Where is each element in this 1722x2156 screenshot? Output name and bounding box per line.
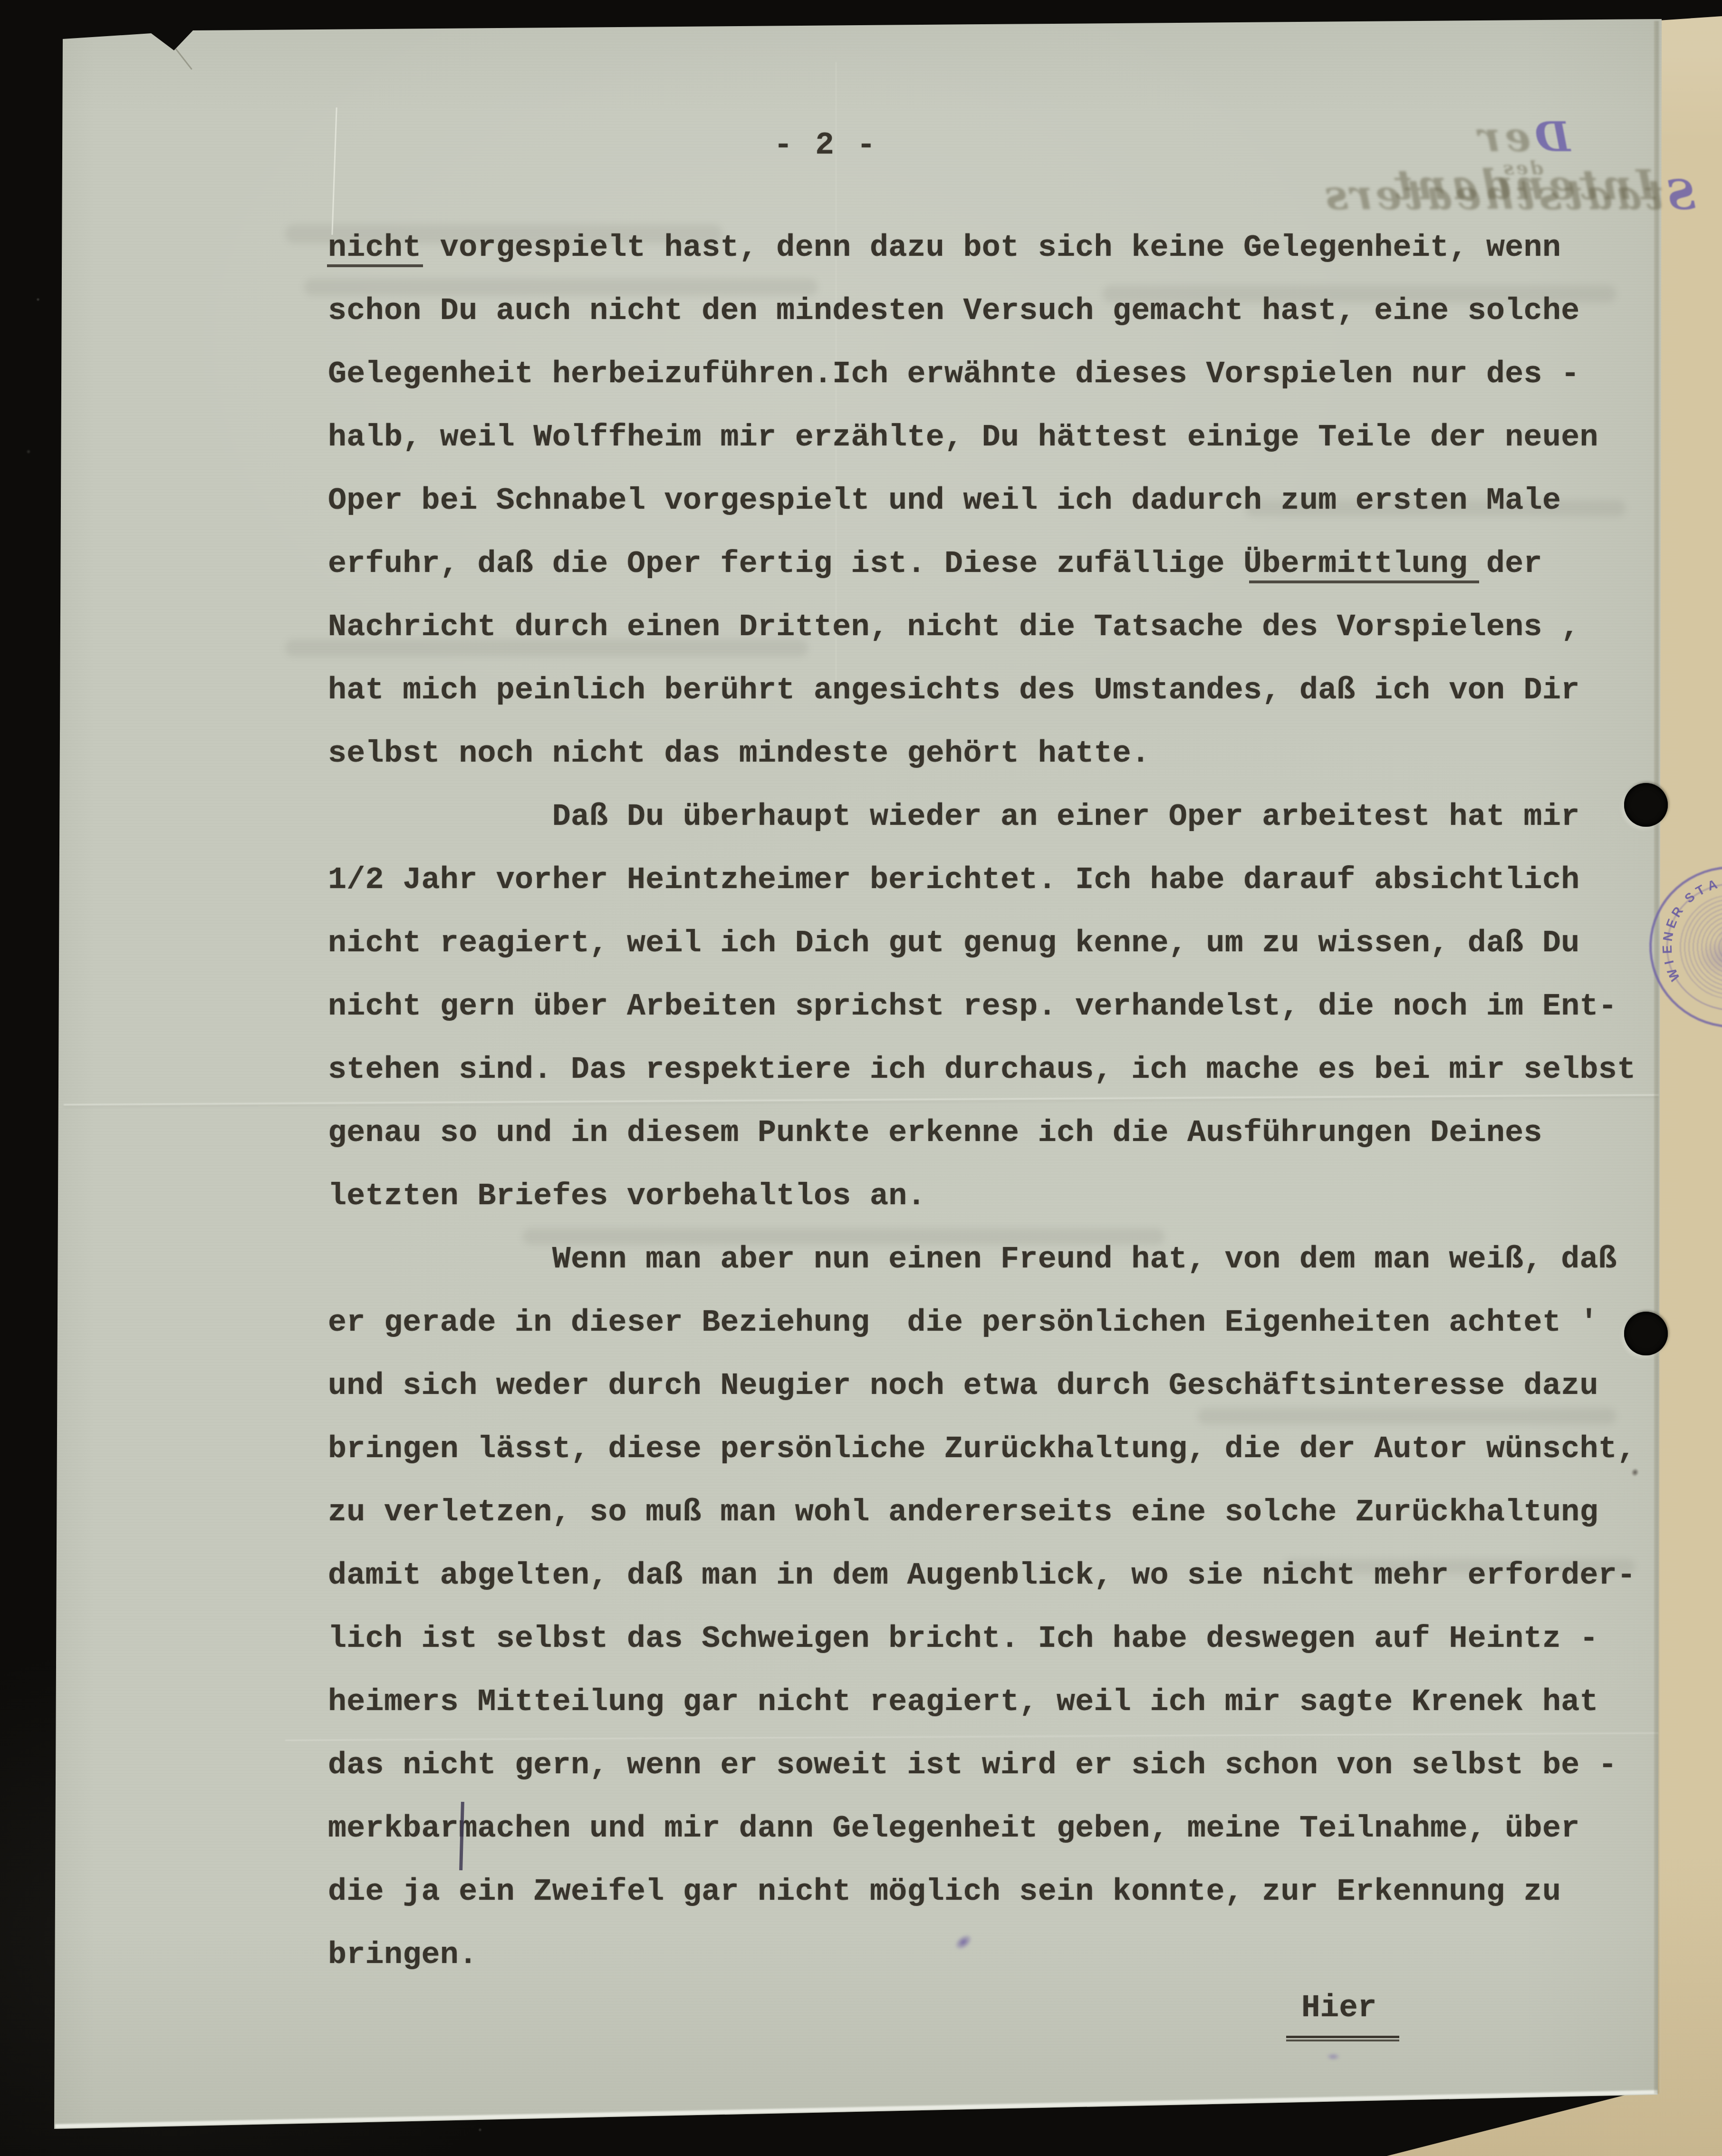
underline-uebermittlung bbox=[1249, 580, 1479, 583]
letter-line: selbst noch nicht das mindeste gehört ha… bbox=[328, 722, 1635, 785]
letter-line: und sich weder durch Neugier noch etwa d… bbox=[328, 1354, 1635, 1418]
ink-smudge bbox=[1326, 2053, 1340, 2060]
letter-line: damit abgelten, daß man in dem Augenblic… bbox=[328, 1544, 1635, 1607]
scan-canvas: - 2 - nicht vorgespielt hast, denn dazu … bbox=[0, 0, 1722, 2156]
letter-line: genau so und in diesem Punkte erkenne ic… bbox=[328, 1102, 1635, 1165]
letter-line: merkbarmachen und mir dann Gelegenheit g… bbox=[328, 1797, 1635, 1860]
letter-line: nicht gern über Arbeiten sprichst resp. … bbox=[328, 975, 1635, 1038]
paper-bottom-edge-highlight bbox=[55, 2090, 1657, 2128]
corner-fold-line bbox=[161, 30, 192, 70]
letter-line: Daß Du überhaupt wieder an einer Oper ar… bbox=[328, 785, 1635, 849]
letter-line: hat mich peinlich berührt angesichts des… bbox=[328, 659, 1635, 722]
letter-line: nicht vorgespielt hast, denn dazu bot si… bbox=[328, 216, 1635, 280]
letter-line: schon Du auch nicht den mindesten Versuc… bbox=[328, 280, 1635, 343]
letter-line: 1/2 Jahr vorher Heintzheimer berichtet. … bbox=[328, 849, 1635, 912]
letter-line: Nachricht durch einen Dritten, nicht die… bbox=[328, 596, 1635, 659]
letter-line: die ja ein Zweifel gar nicht möglich sei… bbox=[328, 1860, 1635, 1924]
page-number: - 2 - bbox=[774, 127, 877, 163]
punch-hole-top bbox=[1624, 783, 1668, 827]
closing-word: Hier bbox=[1301, 1990, 1376, 2026]
letter-line: bringen lässt, diese persönliche Zurückh… bbox=[328, 1418, 1635, 1481]
letter-line: erfuhr, daß die Oper fertig ist. Diese z… bbox=[328, 532, 1635, 596]
letter-body: nicht vorgespielt hast, denn dazu bot si… bbox=[328, 216, 1635, 1987]
letter-line: halb, weil Wolffheim mir erzählte, Du hä… bbox=[328, 406, 1635, 469]
letter-line: stehen sind. Das respektiere ich durchau… bbox=[328, 1038, 1635, 1102]
letter-line: bringen. bbox=[328, 1924, 1635, 1987]
letter-line: nicht reagiert, weil ich Dich gut genug … bbox=[328, 912, 1635, 975]
letter-line: er gerade in dieser Beziehung die persön… bbox=[328, 1291, 1635, 1354]
letter-line: das nicht gern, wenn er soweit ist wird … bbox=[328, 1734, 1635, 1797]
scratch-mark bbox=[331, 107, 337, 235]
punch-hole-bottom bbox=[1624, 1312, 1668, 1355]
sheet-seam-shadow bbox=[1654, 21, 1661, 2094]
letter-sheet: - 2 - nicht vorgespielt hast, denn dazu … bbox=[0, 0, 1722, 2156]
underline-nicht bbox=[327, 264, 423, 267]
letter-line: zu verletzen, so muß man wohl anderersei… bbox=[328, 1481, 1635, 1544]
letter-line: Wenn man aber nun einen Freund hat, von … bbox=[328, 1228, 1635, 1291]
letter-line: letzten Briefes vorbehaltlos an. bbox=[328, 1165, 1635, 1228]
closing-underline bbox=[1286, 2036, 1399, 2042]
letter-line: Oper bei Schnabel vorgespielt und weil i… bbox=[328, 469, 1635, 532]
letter-line: lich ist selbst das Schweigen bricht. Ic… bbox=[328, 1607, 1635, 1671]
letter-line: Gelegenheit herbeizuführen.Ich erwähnte … bbox=[328, 343, 1635, 406]
letter-line: heimers Mitteilung gar nicht reagiert, w… bbox=[328, 1671, 1635, 1734]
